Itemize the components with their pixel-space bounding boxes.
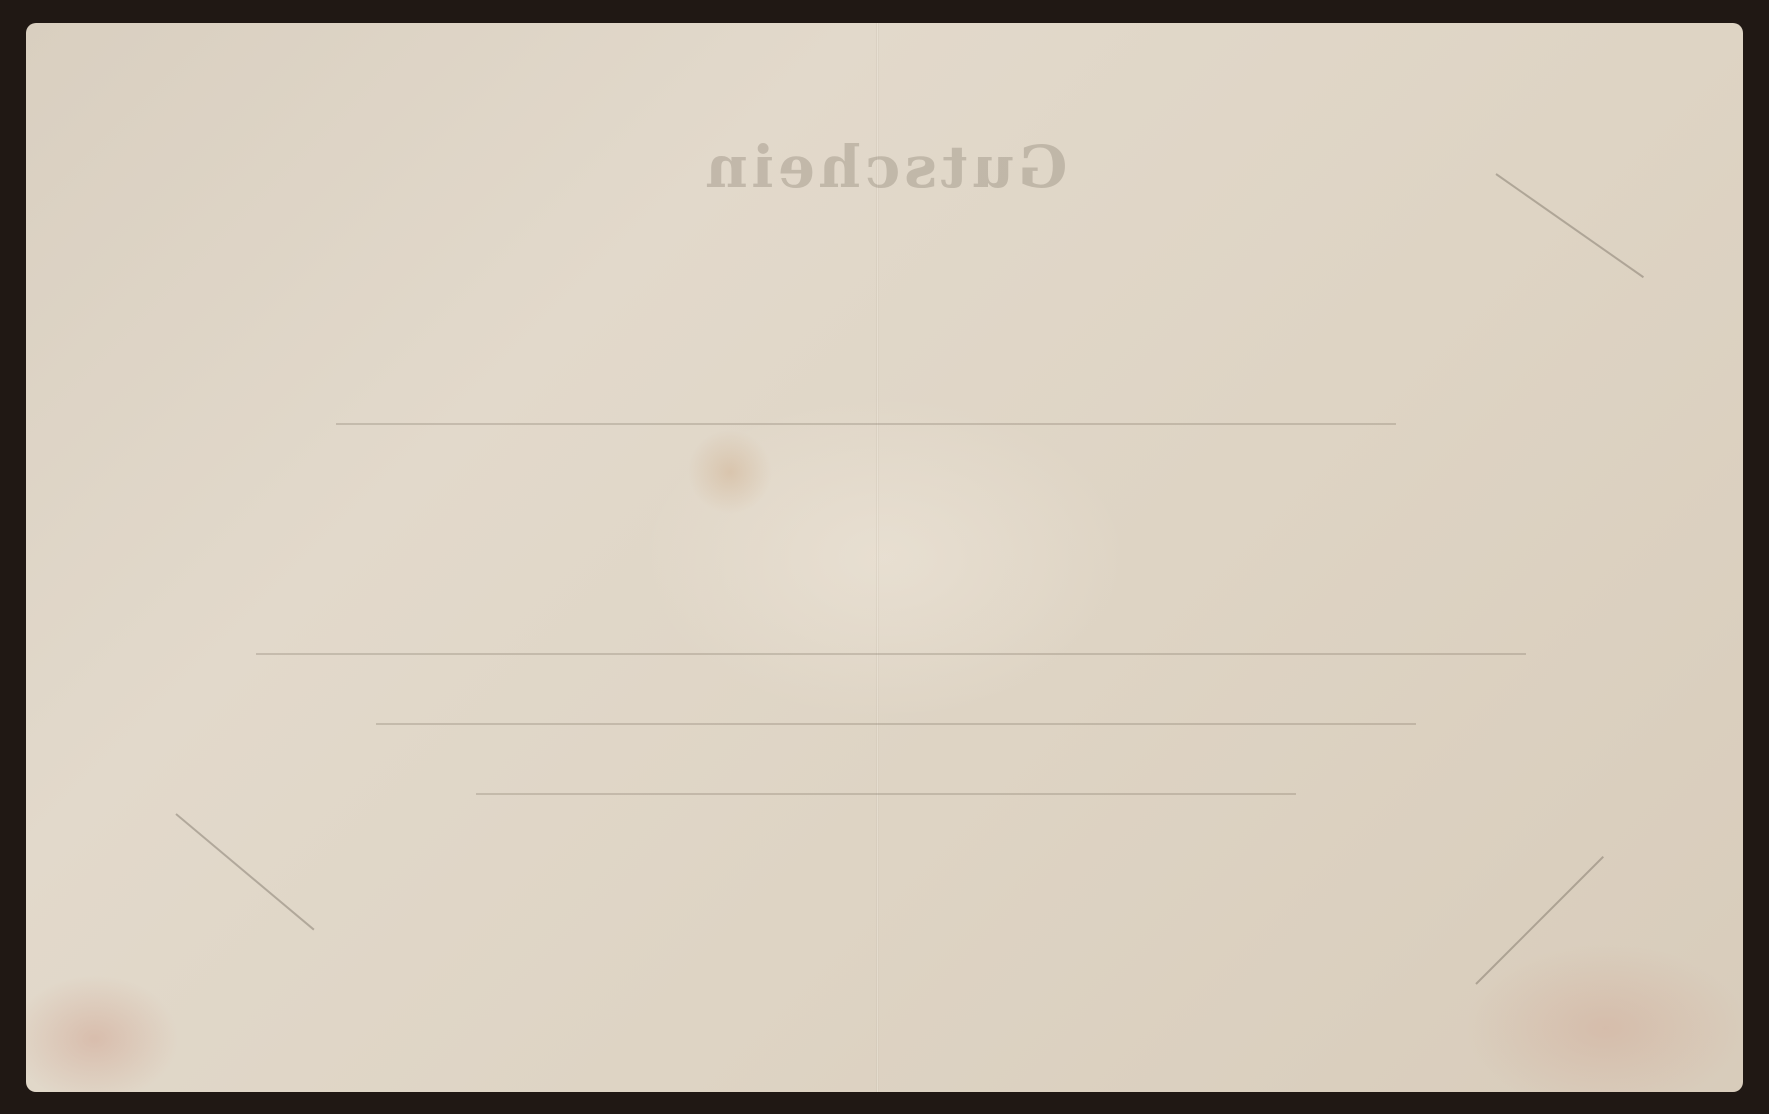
show-through-title: Gutschein [26,133,1743,201]
show-through-rule [256,653,1526,655]
corner-mark [175,813,314,930]
show-through-rule [476,793,1296,795]
corner-mark [1475,856,1604,985]
show-through-rule [336,423,1396,425]
show-through-rule [376,723,1416,725]
banknote-reverse: Gutschein [26,23,1743,1092]
